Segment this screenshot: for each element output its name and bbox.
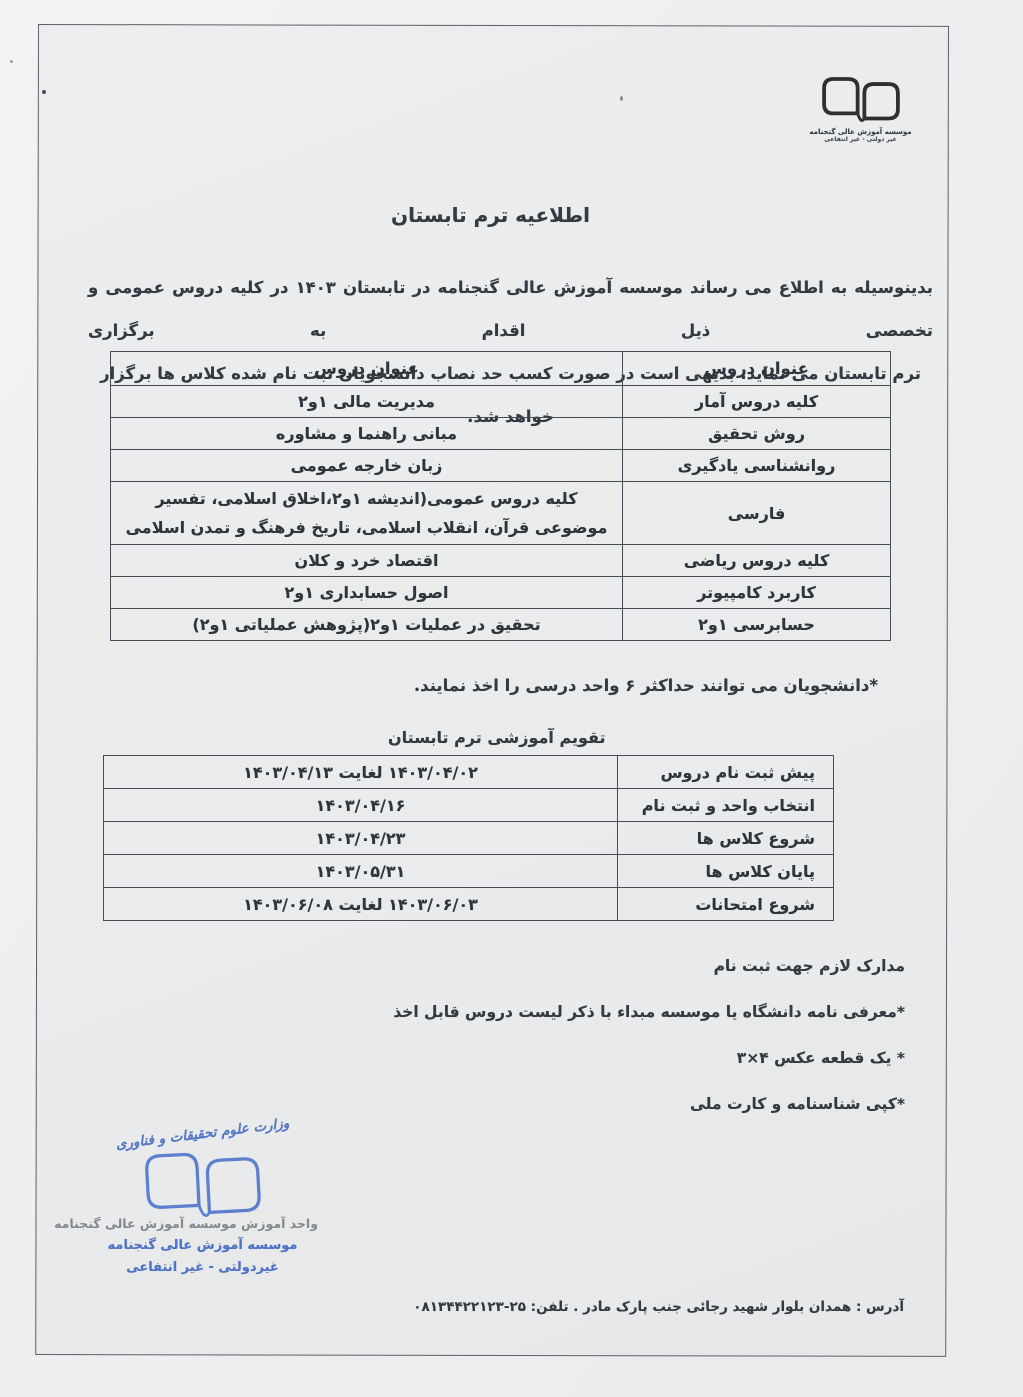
scan-speck — [620, 96, 623, 101]
table-row: کاربرد کامپیوتراصول حسابداری ۱و۲ — [111, 577, 891, 609]
course-cell: کلیه دروس ریاضی — [623, 545, 891, 577]
calendar-cell: ۱۴۰۳/۰۶/۰۳ لغایت ۱۴۰۳/۰۶/۰۸ — [104, 888, 618, 921]
document-item: *معرفی نامه دانشگاه یا موسسه مبداء با ذک… — [393, 1003, 905, 1021]
calendar-cell: ۱۴۰۳/۰۵/۳۱ — [104, 855, 618, 888]
courses-header-row: عنوان دروس عنوان دروس — [111, 352, 891, 386]
table-row: کلیه دروس آمارمدیریت مالی ۱و۲ — [111, 386, 891, 418]
calendar-cell: پیش ثبت نام دروس — [618, 756, 834, 789]
documents-section: مدارک لازم جهت ثبت نام *معرفی نامه دانشگ… — [393, 957, 905, 1113]
table-row: انتخاب واحد و ثبت نام۱۴۰۳/۰۴/۱۶ — [104, 789, 834, 822]
calendar-cell: پایان کلاس ها — [618, 855, 834, 888]
document-item: *کپی شناسنامه و کارت ملی — [393, 1095, 905, 1113]
table-row: شروع کلاس ها۱۴۰۳/۰۴/۲۳ — [104, 822, 834, 855]
institute-stamp: وزارت علوم تحقیقات و فناوری واحد آموزش م… — [85, 1126, 320, 1275]
open-book-icon — [815, 74, 907, 126]
table-row: روانشناسی یادگیریزبان خارجه عمومی — [111, 450, 891, 482]
stamp-institute-type: غیردولتی - غیر انتفاعی — [85, 1260, 320, 1275]
table-row: فارسیکلیه دروس عمومی(اندیشه ۱و۲،اخلاق اس… — [111, 482, 891, 545]
document-content: موسسه آموزش عالی گنجنامه غیر دولتی - غیر… — [0, 0, 1023, 1397]
scan-speck — [10, 60, 13, 63]
courses-tbody: کلیه دروس آمارمدیریت مالی ۱و۲روش تحقیقمب… — [111, 386, 891, 641]
logo-institute-subtitle: غیر دولتی - غیر انتفاعی — [803, 136, 918, 143]
calendar-cell: ۱۴۰۳/۰۴/۲۳ — [104, 822, 618, 855]
calendar-tbody: پیش ثبت نام دروس۱۴۰۳/۰۴/۰۲ لغایت ۱۴۰۳/۰۴… — [104, 756, 834, 921]
scanned-page: موسسه آموزش عالی گنجنامه غیر دولتی - غیر… — [0, 0, 1023, 1397]
course-cell: اصول حسابداری ۱و۲ — [111, 577, 623, 609]
table-row: روش تحقیقمبانی راهنما و مشاوره — [111, 418, 891, 450]
course-cell: روانشناسی یادگیری — [623, 450, 891, 482]
calendar-table: پیش ثبت نام دروس۱۴۰۳/۰۴/۰۲ لغایت ۱۴۰۳/۰۴… — [103, 755, 834, 921]
calendar-title: تقویم آموزشی ترم تابستان — [388, 728, 606, 747]
course-cell: کلیه دروس آمار — [623, 386, 891, 418]
table-row: کلیه دروس ریاضیاقتصاد خرد و کلان — [111, 545, 891, 577]
documents-list: *معرفی نامه دانشگاه یا موسسه مبداء با ذک… — [393, 1003, 905, 1113]
course-cell: کاربرد کامپیوتر — [623, 577, 891, 609]
course-cell: مدیریت مالی ۱و۲ — [111, 386, 623, 418]
stamp-unit-line: واحد آموزش موسسه آموزش عالی گنجنامه — [87, 1216, 318, 1231]
calendar-cell: شروع کلاس ها — [618, 822, 834, 855]
intro-line-1: بدینوسیله به اطلاع می رساند موسسه آموزش … — [88, 266, 933, 352]
courses-table: عنوان دروس عنوان دروس کلیه دروس آمارمدیر… — [110, 351, 891, 641]
table-row: پایان کلاس ها۱۴۰۳/۰۵/۳۱ — [104, 855, 834, 888]
stamp-institute-name: موسسه آموزش عالی گنجنامه — [85, 1238, 320, 1253]
course-cell: روش تحقیق — [623, 418, 891, 450]
table-row: حسابرسی ۱و۲تحقیق در عملیات ۱و۲(پژوهش عمل… — [111, 609, 891, 641]
calendar-cell: ۱۴۰۳/۰۴/۱۶ — [104, 789, 618, 822]
courses-header-right: عنوان دروس — [623, 352, 891, 386]
calendar-cell: شروع امتحانات — [618, 888, 834, 921]
table-row: شروع امتحانات۱۴۰۳/۰۶/۰۳ لغایت ۱۴۰۳/۰۶/۰۸ — [104, 888, 834, 921]
course-cell: فارسی — [623, 482, 891, 545]
course-cell: تحقیق در عملیات ۱و۲(پژوهش عملیاتی ۱و۲) — [111, 609, 623, 641]
footer-address: آدرس : همدان بلوار شهید رجائی جنب پارک م… — [413, 1299, 904, 1315]
documents-heading: مدارک لازم جهت ثبت نام — [393, 957, 905, 975]
calendar-cell: انتخاب واحد و ثبت نام — [618, 789, 834, 822]
page-title: اطلاعیه ترم تابستان — [0, 203, 1023, 227]
course-cell: اقتصاد خرد و کلان — [111, 545, 623, 577]
institute-logo: موسسه آموزش عالی گنجنامه غیر دولتی - غیر… — [803, 74, 918, 143]
document-item: * یک قطعه عکس ۴×۳ — [393, 1049, 905, 1067]
logo-institute-name: موسسه آموزش عالی گنجنامه — [803, 128, 918, 136]
courses-header-left: عنوان دروس — [111, 352, 623, 386]
units-note: *دانشجویان می توانند حداکثر ۶ واحد درسی … — [414, 676, 878, 695]
course-cell: حسابرسی ۱و۲ — [623, 609, 891, 641]
course-cell: زبان خارجه عمومی — [111, 450, 623, 482]
table-row: پیش ثبت نام دروس۱۴۰۳/۰۴/۰۲ لغایت ۱۴۰۳/۰۴… — [104, 756, 834, 789]
scan-speck — [42, 90, 46, 94]
course-cell: مبانی راهنما و مشاوره — [111, 418, 623, 450]
course-cell: کلیه دروس عمومی(اندیشه ۱و۲،اخلاق اسلامی،… — [111, 482, 623, 545]
calendar-cell: ۱۴۰۳/۰۴/۰۲ لغایت ۱۴۰۳/۰۴/۱۳ — [104, 756, 618, 789]
